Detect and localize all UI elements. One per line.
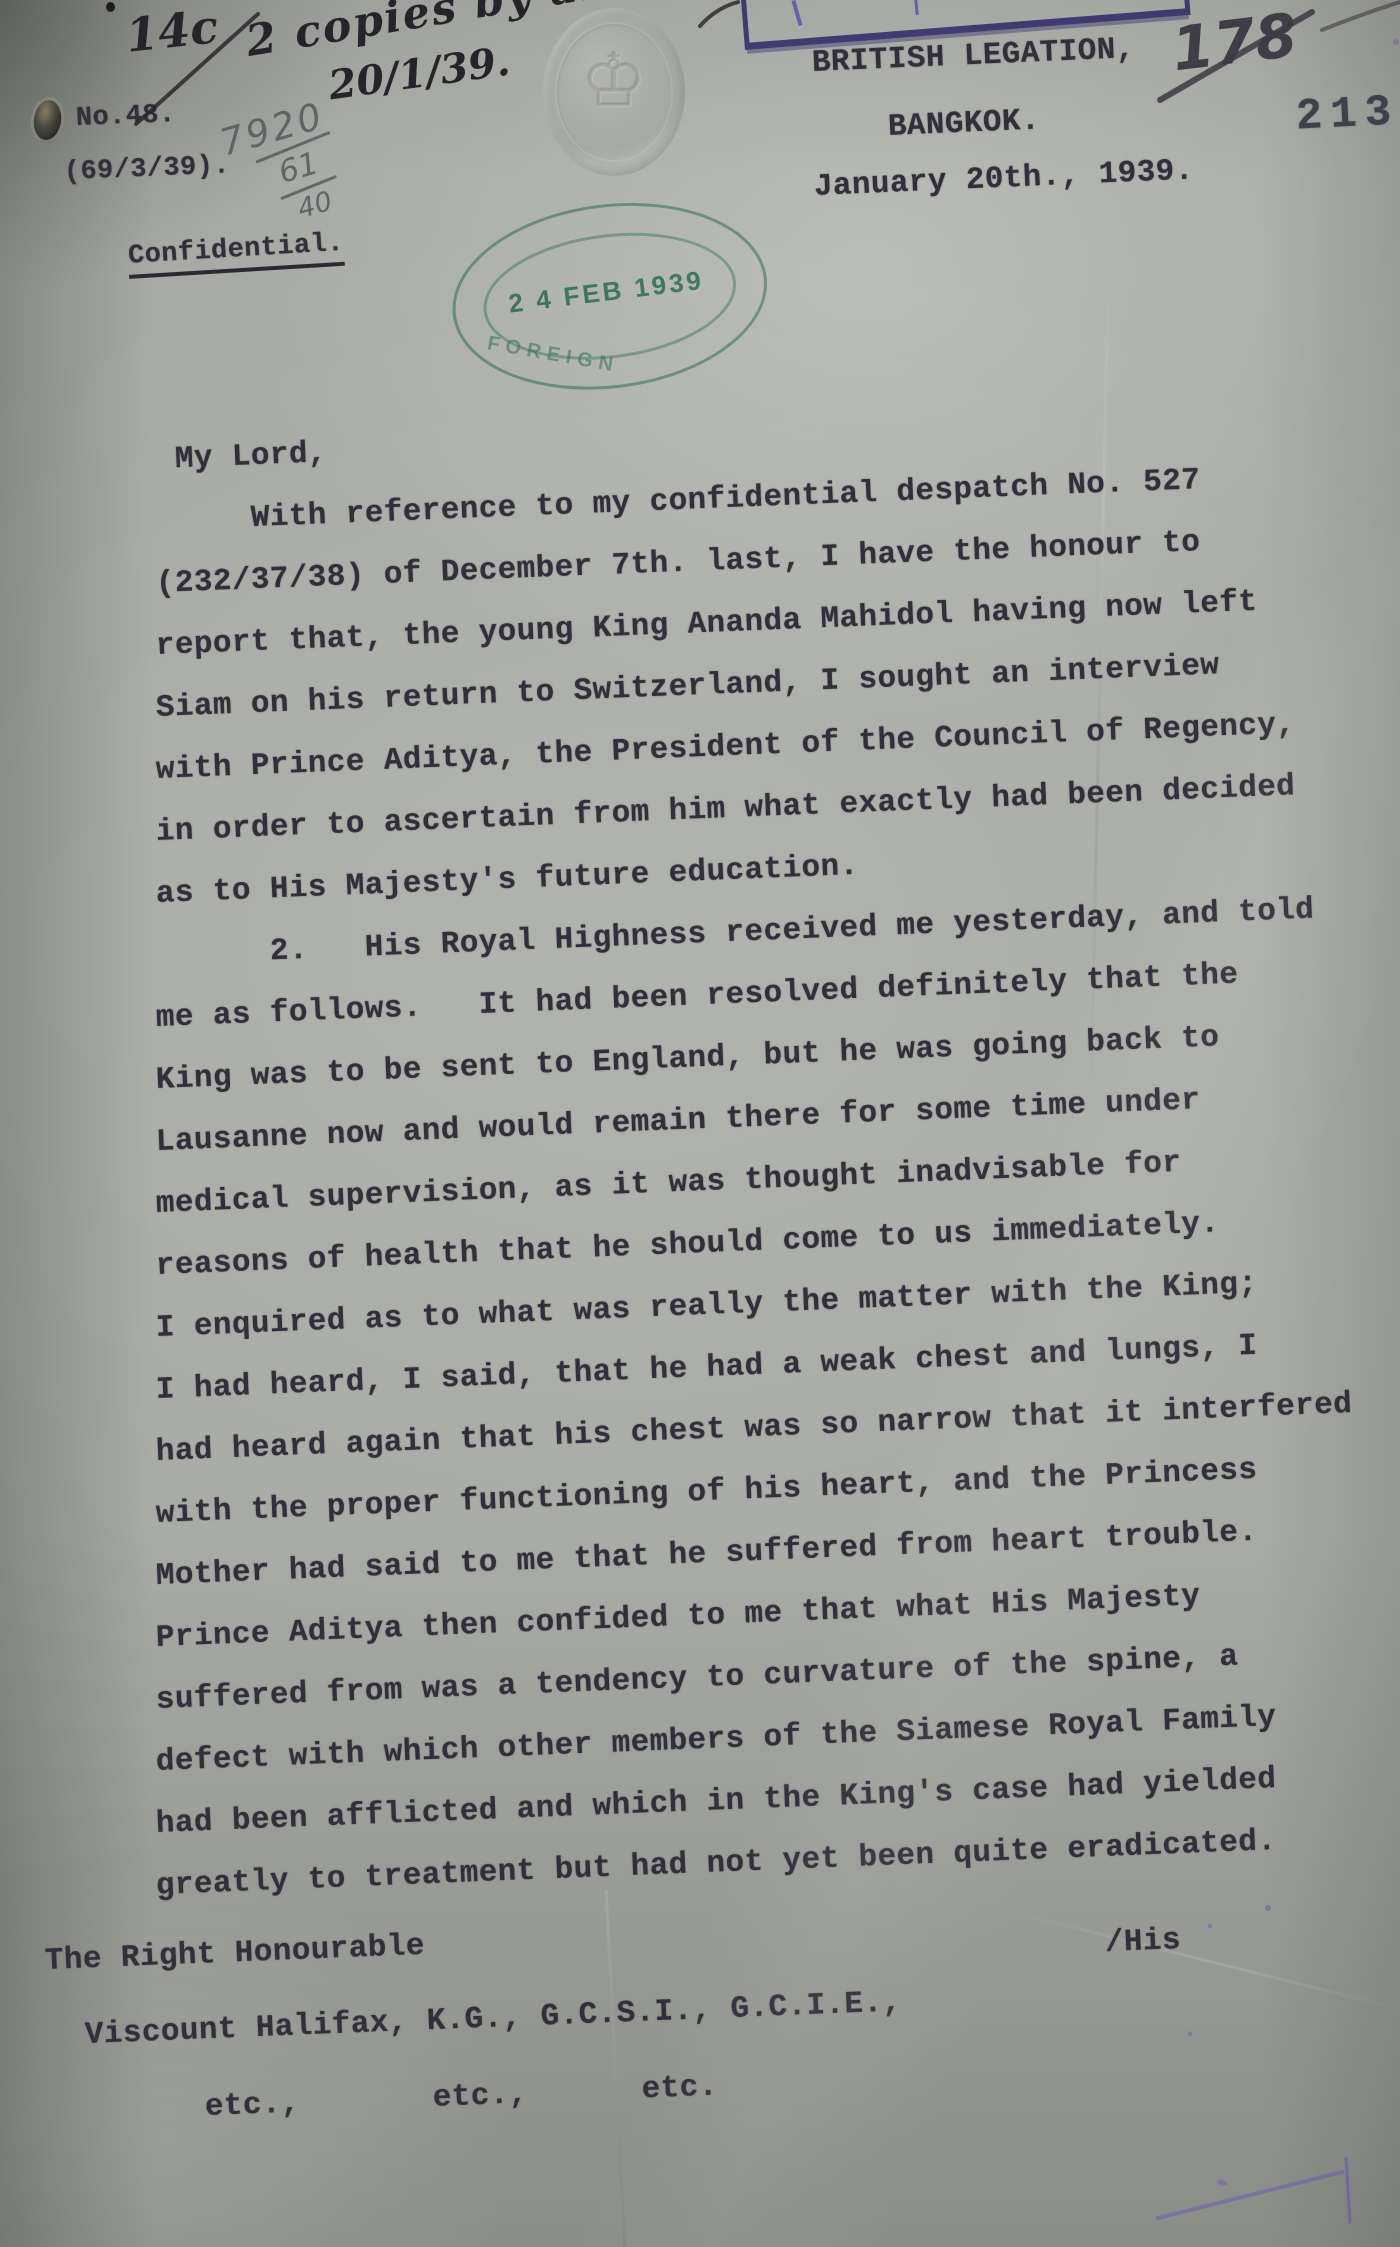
corner-pen-stroke — [1322, 2, 1400, 30]
document-page: ♔ 2 4 FEB 1939 FOREIGN 14c 2 copies by a… — [0, 0, 1400, 2247]
crossed-out-folio-number: 178 — [1168, 1, 1301, 86]
punch-hole — [31, 98, 63, 141]
classification-label: Confidential. — [59, 199, 346, 306]
despatch-reference: (69/3/39). — [63, 151, 230, 188]
despatch-number: No.48. — [75, 100, 176, 134]
embossed-royal-seal: ♔ — [543, 8, 685, 176]
ink-spot — [106, 2, 115, 12]
crown-icon: ♔ — [543, 38, 685, 124]
addressee-line-2: Viscount Halifax, K.G., G.C.S.I., G.C.I.… — [84, 1985, 902, 2053]
paper-crease-bottom-right — [1006, 1909, 1400, 2014]
folio-number: 213 — [1295, 87, 1400, 142]
foreign-office-received-stamp: 2 4 FEB 1939 FOREIGN — [441, 179, 783, 417]
purple-line-right-edge — [1346, 2158, 1350, 2222]
purple-squiggle — [1216, 2179, 1228, 2185]
letterhead-date: January 20th., 1939. — [813, 153, 1194, 205]
copies-note-tail-stroke — [700, 2, 738, 26]
classification-text: Confidential. — [127, 229, 345, 279]
purple-speck — [1393, 39, 1399, 45]
addressee-line-1: The Right Honourable — [44, 1929, 425, 1979]
paper-crease-bottom-left — [605, 1890, 627, 2247]
purple-speck — [1208, 1924, 1213, 1929]
letter-body: My Lord, With reference to my confidenti… — [156, 430, 1353, 1918]
purple-streak-bottom-right — [1158, 2172, 1342, 2218]
catchword: /His — [1104, 1923, 1181, 1961]
purple-speck — [1188, 2032, 1193, 2037]
file-code-note: 14c — [123, 0, 220, 63]
letterhead-city: BANGKOK. — [887, 103, 1040, 145]
addressee-line-3: etc., etc., etc. — [204, 2069, 718, 2125]
